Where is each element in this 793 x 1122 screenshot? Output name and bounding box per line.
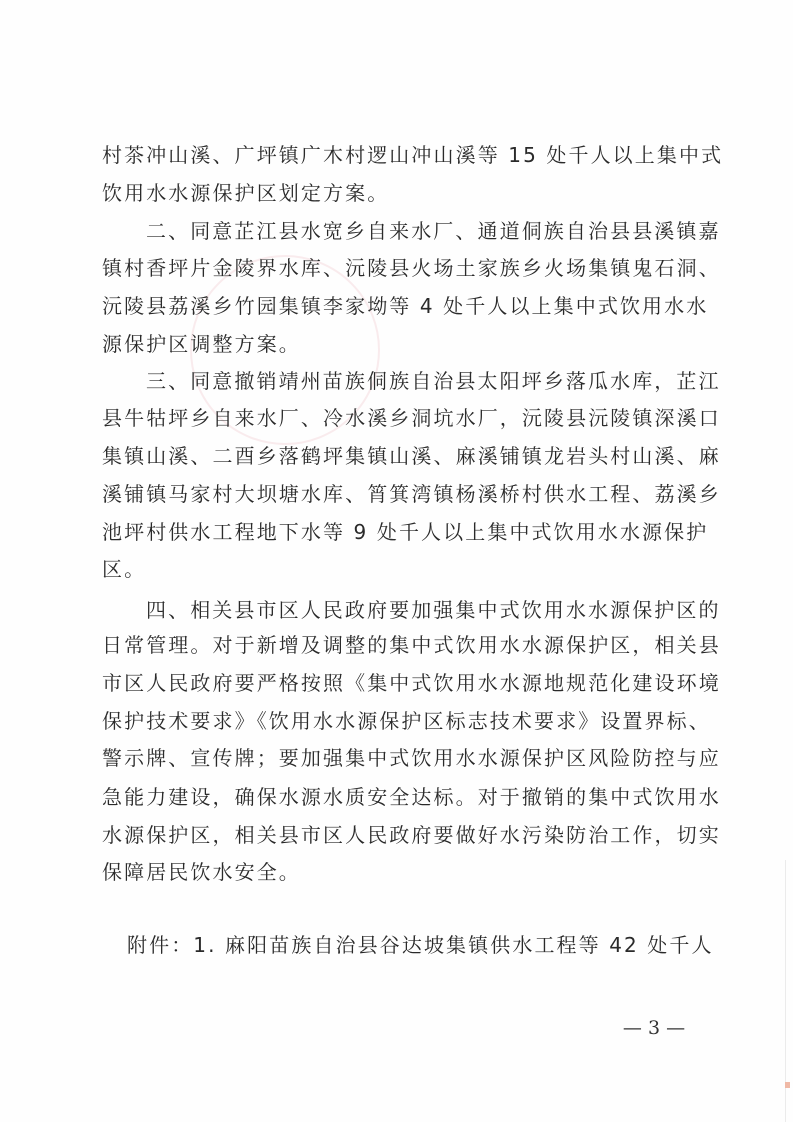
body-line: 源保护区调整方案。 (102, 329, 698, 359)
section-4-first-line: 四、相关县市区人民政府要加强集中式饮用水水源保护区的 (146, 595, 698, 625)
body-line: 池坪村供水工程地下水等 9 处千人以上集中式饮用水水源保护 (102, 517, 698, 547)
document-page: 村茶冲山溪、广坪镇广木村逻山冲山溪等 15 处千人以上集中式 饮用水水源保护区划… (0, 0, 793, 1122)
body-line: 水源保护区，相关县市区人民政府要做好水污染防治工作，切实 (102, 820, 698, 850)
body-line: 急能力建设，确保水源水质安全达标。对于撤销的集中式饮用水 (102, 782, 698, 812)
body-line: 溪铺镇马家村大坝塘水库、筲箕湾镇杨溪桥村供水工程、荔溪乡 (102, 479, 698, 509)
body-line: 保障居民饮水安全。 (102, 857, 698, 887)
body-line: 警示牌、宣传牌；要加强集中式饮用水水源保护区风险防控与应 (102, 743, 698, 773)
section-3-first-line: 三、同意撤销靖州苗族侗族自治县太阳坪乡落瓜水库，芷江 (146, 366, 698, 396)
page-number: — 3 — (618, 1014, 690, 1042)
body-line: 区。 (102, 554, 698, 584)
edge-color-mark (785, 1082, 790, 1088)
body-line: 日常管理。对于新增及调整的集中式饮用水水源保护区，相关县 (102, 630, 698, 660)
body-line: 保护技术要求》《饮用水水源保护区标志技术要求》设置界标、 (102, 706, 698, 736)
body-line: 集镇山溪、二酉乡落鹤坪集镇山溪、麻溪铺镇龙岩头村山溪、麻 (102, 441, 698, 471)
body-line: 镇村香坪片金陵界水库、沅陵县火场土家族乡火场集镇鬼石洞、 (102, 253, 698, 283)
body-line: 市区人民政府要严格按照《集中式饮用水水源地规范化建设环境 (102, 668, 698, 698)
body-line: 沅陵县荔溪乡竹园集镇李家坳等 4 处千人以上集中式饮用水水 (102, 291, 698, 321)
body-line: 饮用水水源保护区划定方案。 (102, 178, 698, 208)
body-line: 村茶冲山溪、广坪镇广木村逻山冲山溪等 15 处千人以上集中式 (102, 140, 698, 170)
body-line: 县牛牯坪乡自来水厂、冷水溪乡洞坑水厂，沅陵县沅陵镇深溪口 (102, 403, 698, 433)
section-2-first-line: 二、同意芷江县水宽乡自来水厂、通道侗族自治县县溪镇嘉 (146, 216, 698, 246)
attachment-line: 附件：1. 麻阳苗族自治县谷达坡集镇供水工程等 42 处千人 (127, 930, 697, 960)
